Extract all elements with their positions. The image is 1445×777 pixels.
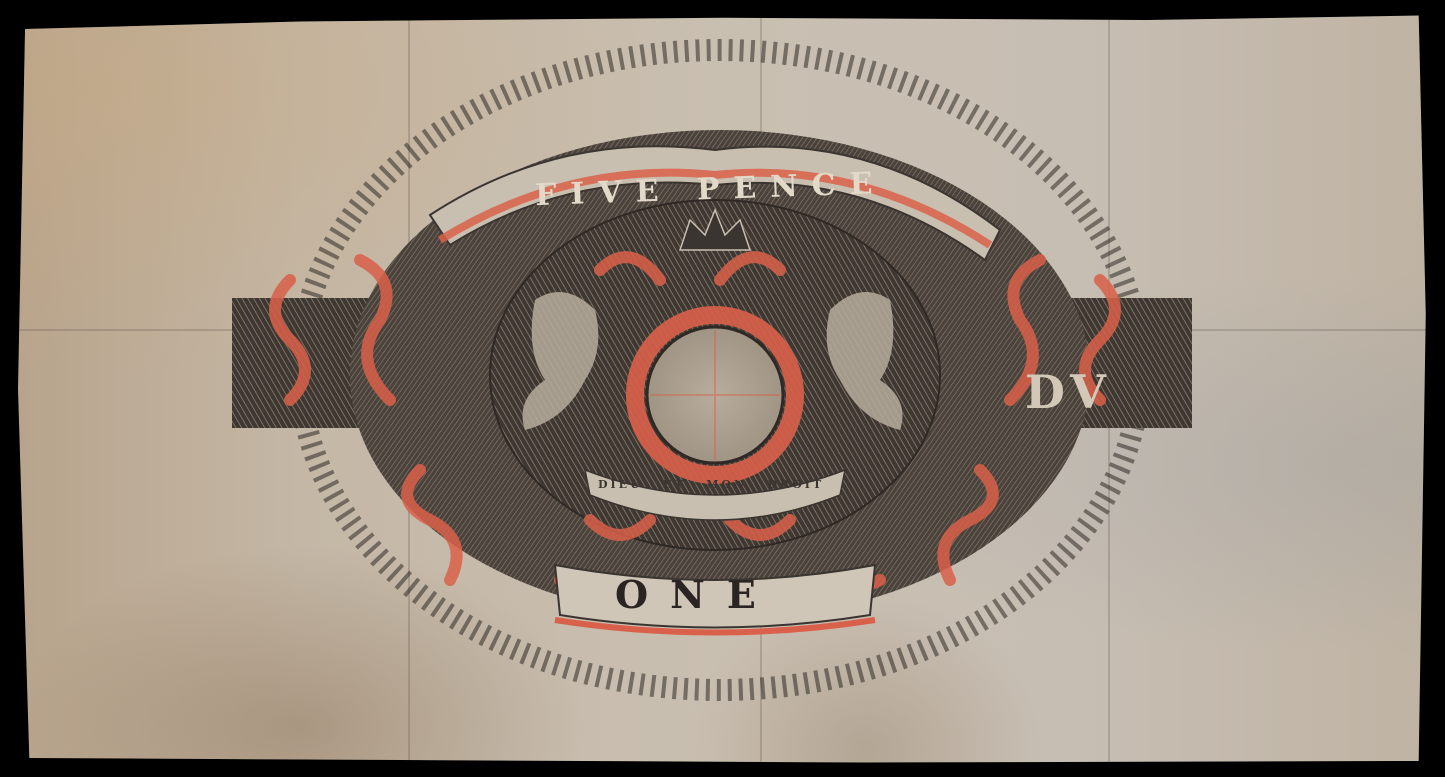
right-panel-text: DV (1025, 365, 1112, 419)
denomination-bottom-text: ONE (615, 572, 778, 617)
motto-text: DIEU · ET · MON · DROIT (598, 478, 824, 491)
banknote-engraving (0, 0, 1445, 777)
